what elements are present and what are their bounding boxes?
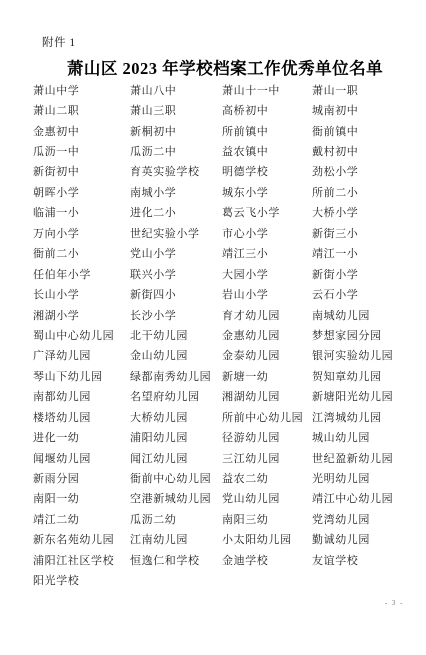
unit-name: 光明幼儿园 — [312, 474, 407, 485]
list-row: 万向小学世纪实验小学市心小学新街三小 — [33, 224, 407, 244]
unit-name: 所前镇中 — [222, 127, 312, 138]
unit-name: 友谊学校 — [312, 556, 407, 567]
list-row: 新雨分园衙前中心幼儿园益农二幼光明幼儿园 — [33, 469, 407, 489]
unit-name: 新街小学 — [312, 270, 407, 281]
list-row: 新街初中育英实验学校明德学校劲松小学 — [33, 163, 407, 183]
unit-name: 贺知章幼儿园 — [312, 372, 407, 383]
unit-name: 临浦一小 — [33, 208, 130, 219]
unit-name: 城山幼儿园 — [312, 433, 407, 444]
unit-name: 衙前二小 — [33, 249, 130, 260]
unit-name: 大园小学 — [222, 270, 312, 281]
list-row: 浦阳江社区学校恒逸仁和学校金迪学校友谊学校 — [33, 551, 407, 571]
unit-name: 新雨分园 — [33, 474, 130, 485]
list-row: 朝晖小学南城小学城东小学所前二小 — [33, 183, 407, 203]
unit-name: 高桥初中 — [222, 106, 312, 117]
unit-name: 市心小学 — [222, 229, 312, 240]
list-row: 萧山二职萧山三职高桥初中城南初中 — [33, 101, 407, 121]
unit-name: 岩山小学 — [222, 290, 312, 301]
title-container: 萧山区 2023 年学校档案工作优秀单位名单 — [32, 55, 418, 79]
list-row: 阳光学校 — [33, 572, 407, 592]
unit-name: 瓜沥一中 — [33, 147, 130, 158]
list-row: 闻堰幼儿园闻江幼儿园三江幼儿园世纪盈新幼儿园 — [33, 449, 407, 469]
list-row: 南阳一幼空港新城幼儿园党山幼儿园靖江中心幼儿园 — [33, 490, 407, 510]
unit-name: 闻堰幼儿园 — [33, 454, 130, 465]
unit-name: 金泰幼儿园 — [222, 351, 312, 362]
unit-name: 联兴小学 — [130, 270, 222, 281]
unit-name: 长沙小学 — [130, 311, 222, 322]
unit-name: 世纪实验小学 — [130, 229, 222, 240]
unit-name: 蜀山中心幼儿园 — [33, 331, 130, 342]
unit-name: 朝晖小学 — [33, 188, 130, 199]
unit-name: 党湾幼儿园 — [312, 515, 407, 526]
unit-name: 城南初中 — [312, 106, 407, 117]
unit-name: 任伯年小学 — [33, 270, 130, 281]
unit-name: 南城小学 — [130, 188, 222, 199]
unit-name: 萧山二职 — [33, 106, 130, 117]
unit-name: 萧山三职 — [130, 106, 222, 117]
unit-name: 世纪盈新幼儿园 — [312, 454, 407, 465]
unit-name: 三江幼儿园 — [222, 454, 312, 465]
unit-name: 空港新城幼儿园 — [130, 494, 222, 505]
unit-name: 新街四小 — [130, 290, 222, 301]
unit-name: 党山幼儿园 — [222, 494, 312, 505]
unit-name: 育才幼儿园 — [222, 311, 312, 322]
unit-name: 育英实验学校 — [130, 167, 222, 178]
unit-name: 南城幼儿园 — [312, 311, 407, 322]
list-row: 湘湖小学长沙小学育才幼儿园南城幼儿园 — [33, 306, 407, 326]
list-row: 进化一幼浦阳幼儿园径游幼儿园城山幼儿园 — [33, 428, 407, 448]
unit-name: 新东名苑幼儿园 — [33, 535, 130, 546]
unit-name: 径游幼儿园 — [222, 433, 312, 444]
unit-name: 党山小学 — [130, 249, 222, 260]
list-row: 楼塔幼儿园大桥幼儿园所前中心幼儿园江湾城幼儿园 — [33, 408, 407, 428]
unit-name: 劲松小学 — [312, 167, 407, 178]
list-row: 长山小学新街四小岩山小学云石小学 — [33, 285, 407, 305]
unit-name: 云石小学 — [312, 290, 407, 301]
unit-name: 新桐初中 — [130, 127, 222, 138]
unit-name: 城东小学 — [222, 188, 312, 199]
unit-name: 所前中心幼儿园 — [222, 413, 312, 424]
unit-name: 恒逸仁和学校 — [130, 556, 222, 567]
unit-name: 浦阳幼儿园 — [130, 433, 222, 444]
unit-name: 江湾城幼儿园 — [312, 413, 407, 424]
page-title: 萧山区 2023 年学校档案工作优秀单位名单 — [67, 59, 383, 78]
unit-name: 南阳三幼 — [222, 515, 312, 526]
unit-name: 金惠初中 — [33, 127, 130, 138]
list-row: 靖江二幼瓜沥二幼南阳三幼党湾幼儿园 — [33, 510, 407, 530]
unit-name: 楼塔幼儿园 — [33, 413, 130, 424]
unit-name: 新塘一幼 — [222, 372, 312, 383]
unit-name: 衙前中心幼儿园 — [130, 474, 222, 485]
unit-name: 靖江中心幼儿园 — [312, 494, 407, 505]
list-row: 萧山中学萧山八中萧山十一中萧山一职 — [33, 81, 407, 101]
unit-name: 梦想家园分园 — [312, 331, 407, 342]
unit-name: 萧山八中 — [130, 86, 222, 97]
unit-name: 湘湖小学 — [33, 311, 130, 322]
list-row: 任伯年小学联兴小学大园小学新街小学 — [33, 265, 407, 285]
unit-name: 明德学校 — [222, 167, 312, 178]
unit-name: 萧山中学 — [33, 86, 130, 97]
list-row: 金惠初中新桐初中所前镇中衙前镇中 — [33, 122, 407, 142]
unit-name: 新塘阳光幼儿园 — [312, 392, 407, 403]
unit-name: 大桥小学 — [312, 208, 407, 219]
unit-name: 小太阳幼儿园 — [222, 535, 312, 546]
unit-name: 金山幼儿园 — [130, 351, 222, 362]
unit-name: 大桥幼儿园 — [130, 413, 222, 424]
unit-name: 南都幼儿园 — [33, 392, 130, 403]
unit-name: 金惠幼儿园 — [222, 331, 312, 342]
list-row: 临浦一小进化二小葛云飞小学大桥小学 — [33, 204, 407, 224]
unit-name: 瓜沥二幼 — [130, 515, 222, 526]
unit-name: 金迪学校 — [222, 556, 312, 567]
unit-name: 闻江幼儿园 — [130, 454, 222, 465]
unit-name: 瓜沥二中 — [130, 147, 222, 158]
list-row: 衙前二小党山小学靖江三小靖江一小 — [33, 245, 407, 265]
unit-name: 新街初中 — [33, 167, 130, 178]
unit-name: 绿都南秀幼儿园 — [130, 372, 222, 383]
unit-name: 长山小学 — [33, 290, 130, 301]
unit-name: 进化二小 — [130, 208, 222, 219]
unit-name: 萧山十一中 — [222, 86, 312, 97]
unit-name: 衙前镇中 — [312, 127, 407, 138]
unit-name: 湘湖幼儿园 — [222, 392, 312, 403]
page-number: - 3 - — [385, 599, 404, 607]
list-row: 琴山下幼儿园绿都南秀幼儿园新塘一幼贺知章幼儿园 — [33, 367, 407, 387]
unit-name: 益农镇中 — [222, 147, 312, 158]
list-row: 蜀山中心幼儿园北干幼儿园金惠幼儿园梦想家园分园 — [33, 326, 407, 346]
unit-name: 新街三小 — [312, 229, 407, 240]
unit-name: 戴村初中 — [312, 147, 407, 158]
list-row: 广泽幼儿园金山幼儿园金泰幼儿园银河实验幼儿园 — [33, 347, 407, 367]
list-row: 瓜沥一中瓜沥二中益农镇中戴村初中 — [33, 142, 407, 162]
unit-name: 阳光学校 — [33, 576, 130, 587]
unit-name: 南阳一幼 — [33, 494, 130, 505]
unit-name: 广泽幼儿园 — [33, 351, 130, 362]
unit-name: 银河实验幼儿园 — [312, 351, 407, 362]
unit-name: 琴山下幼儿园 — [33, 372, 130, 383]
unit-name: 靖江一小 — [312, 249, 407, 260]
unit-name: 进化一幼 — [33, 433, 130, 444]
unit-name: 所前二小 — [312, 188, 407, 199]
unit-name: 靖江二幼 — [33, 515, 130, 526]
unit-name: 萧山一职 — [312, 86, 407, 97]
unit-name: 益农二幼 — [222, 474, 312, 485]
unit-name: 勤诚幼儿园 — [312, 535, 407, 546]
unit-name: 靖江三小 — [222, 249, 312, 260]
unit-name: 万向小学 — [33, 229, 130, 240]
unit-name: 浦阳江社区学校 — [33, 556, 130, 567]
unit-name: 北干幼儿园 — [130, 331, 222, 342]
attachment-label: 附件 1 — [42, 34, 76, 50]
document-page: 附件 1 萧山区 2023 年学校档案工作优秀单位名单 萧山中学萧山八中萧山十一… — [0, 0, 426, 655]
list-row: 新东名苑幼儿园江南幼儿园小太阳幼儿园勤诚幼儿园 — [33, 531, 407, 551]
unit-name: 葛云飞小学 — [222, 208, 312, 219]
unit-list: 萧山中学萧山八中萧山十一中萧山一职萧山二职萧山三职高桥初中城南初中金惠初中新桐初… — [33, 81, 407, 592]
unit-name: 名望府幼儿园 — [130, 392, 222, 403]
unit-name: 江南幼儿园 — [130, 535, 222, 546]
list-row: 南都幼儿园名望府幼儿园湘湖幼儿园新塘阳光幼儿园 — [33, 388, 407, 408]
